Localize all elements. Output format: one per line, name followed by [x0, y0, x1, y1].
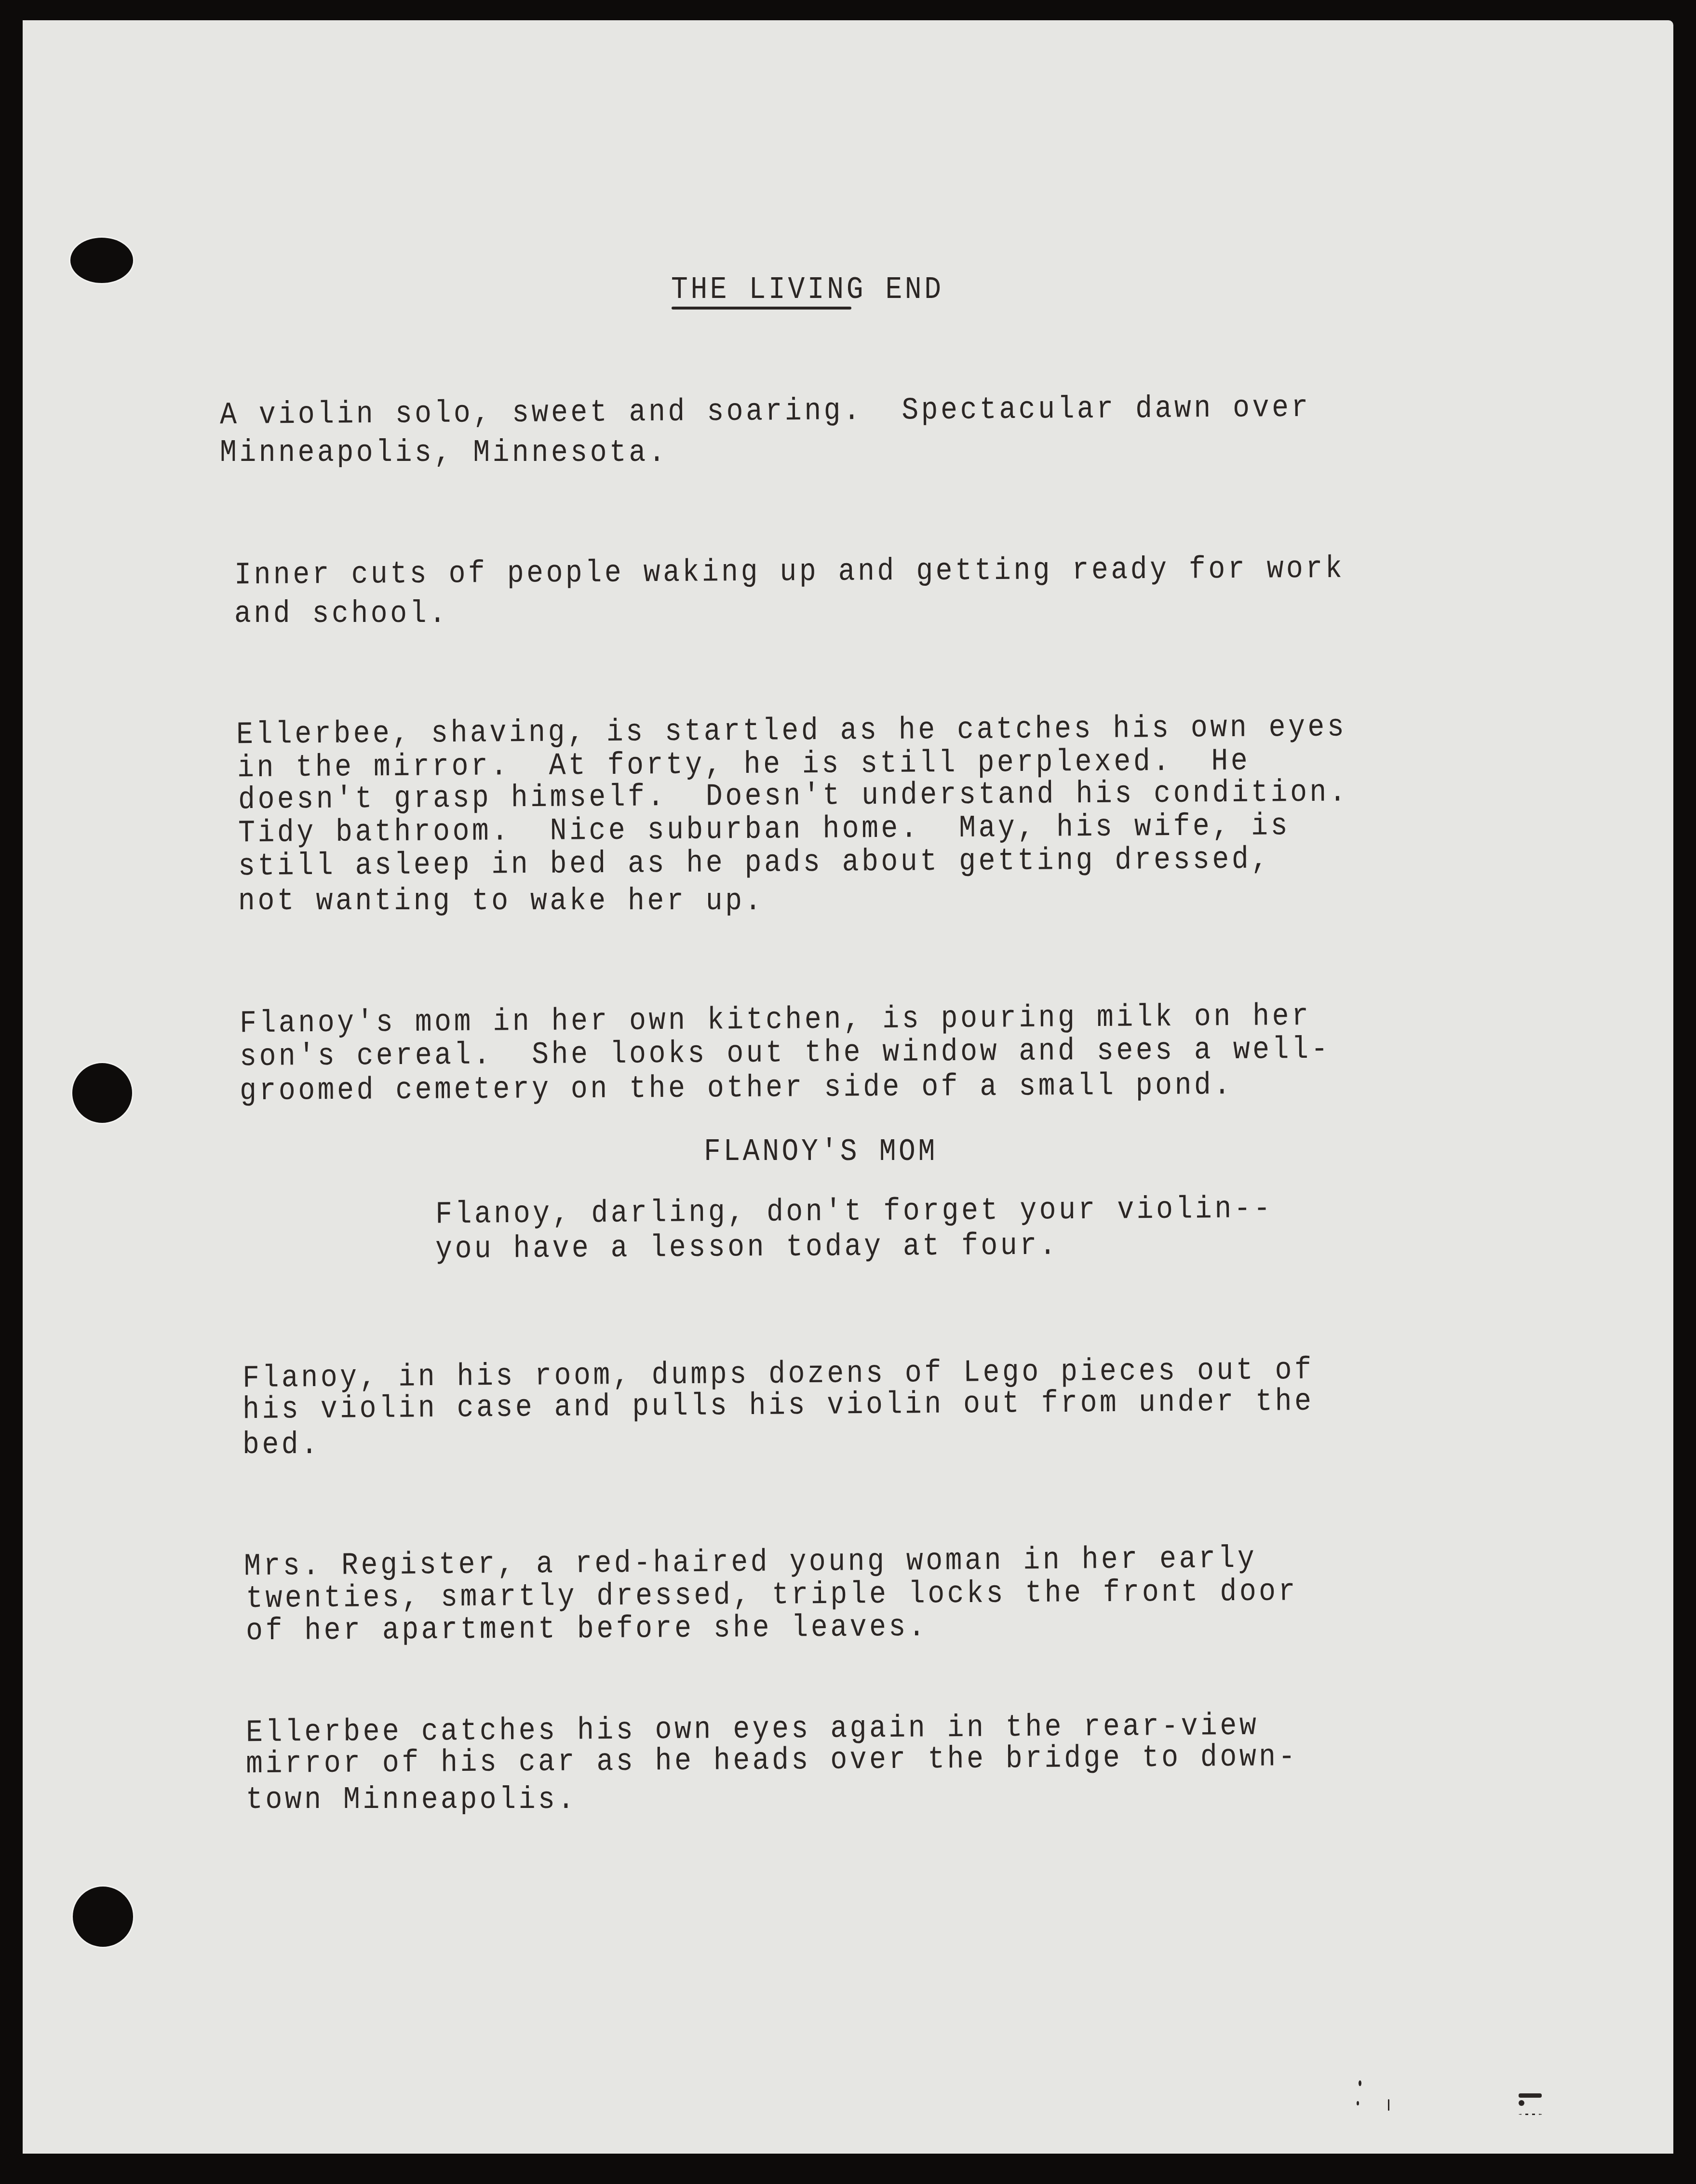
action-line: not wanting to wake her up.: [238, 886, 764, 917]
action-line: twenties, smartly dressed, triple locks …: [246, 1577, 1298, 1615]
action-line: of her apartment before she leaves.: [246, 1612, 928, 1647]
stray-mark: [1519, 2114, 1543, 2115]
stray-mark: [1357, 2101, 1359, 2105]
stray-mark: [1519, 2100, 1524, 2106]
action-line: A violin solo, sweet and soaring. Specta…: [220, 393, 1311, 431]
action-line: town Minneapolis.: [246, 1785, 577, 1816]
punch-hole-top: [70, 238, 133, 283]
stray-mark: [1388, 2099, 1389, 2111]
character-name: FLANOY'S MOM: [704, 1137, 938, 1168]
action-line: mirror of his car as he heads over the b…: [246, 1742, 1298, 1780]
punch-hole-bottom: [73, 1887, 133, 1947]
action-line: bed.: [242, 1430, 321, 1461]
action-line: son's cereal. She looks out the window a…: [240, 1035, 1331, 1073]
page-title: THE LIVING END: [671, 275, 944, 306]
stray-mark: [1519, 2093, 1542, 2098]
action-line: and school.: [234, 599, 448, 630]
title-underline: [672, 307, 851, 310]
action-line: groomed cemetery on the other side of a …: [240, 1070, 1233, 1107]
action-line: his violin case and pulls his violin out…: [242, 1387, 1314, 1426]
stray-mark: [508, 1633, 510, 1635]
dialogue-line: Flanoy, darling, don't forget your violi…: [435, 1194, 1273, 1231]
action-line: Minneapolis, Minnesota.: [220, 438, 668, 469]
action-line: Inner cuts of people waking up and getti…: [234, 553, 1345, 591]
action-line: still asleep in bed as he pads about get…: [238, 844, 1271, 883]
stray-mark: [1359, 2080, 1361, 2086]
dialogue-line: you have a lesson today at four.: [435, 1230, 1059, 1266]
punch-hole-middle: [72, 1063, 132, 1123]
